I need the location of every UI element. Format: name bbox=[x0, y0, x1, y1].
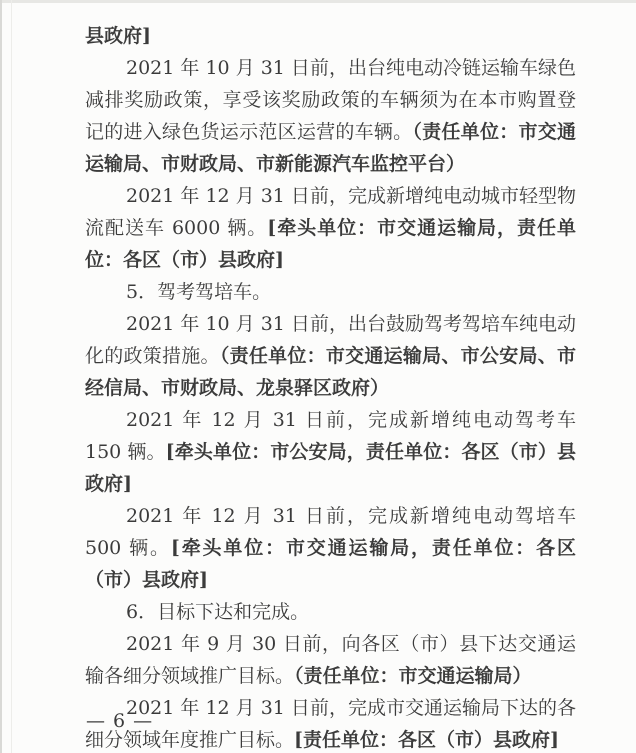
scan-edge-top bbox=[0, 0, 636, 3]
page-number: — 6 — bbox=[86, 710, 153, 732]
paragraph: 2021 年 12 月 31 日前，完成新增纯电动驾培车 500 辆。[牵头单位… bbox=[85, 500, 576, 596]
page-footer: — 6 — bbox=[86, 709, 153, 733]
paragraph: 2021 年 10 月 31 日前，出台纯电动冷链运输车绿色减排奖励政策，享受该… bbox=[85, 52, 576, 180]
document-page: 县政府]2021 年 10 月 31 日前，出台纯电动冷链运输车绿色减排奖励政策… bbox=[0, 0, 636, 753]
text-segment: 5．驾考驾培车。 bbox=[126, 281, 271, 303]
paragraph: 2021 年 9 月 30 日前，向各区（市）县下达交通运输各细分领域推广目标。… bbox=[85, 628, 576, 692]
paragraph: 6．目标下达和完成。 bbox=[85, 596, 576, 628]
paragraph: 2021 年 12 月 31 日前，完成新增纯电动城市轻型物流配送车 6000 … bbox=[85, 180, 576, 276]
responsible-unit-annotation: [责任单位：各区（市）县政府] bbox=[294, 729, 559, 751]
document-body: 县政府]2021 年 10 月 31 日前，出台纯电动冷链运输车绿色减排奖励政策… bbox=[85, 20, 576, 753]
scan-edge-left bbox=[0, 0, 2, 753]
scan-edge-left-inner bbox=[11, 0, 12, 753]
paragraph: 2021 年 10 月 31 日前，出台鼓励驾考驾培车纯电动化的政策措施。（责任… bbox=[85, 308, 576, 404]
paragraph: 县政府] bbox=[85, 20, 576, 52]
paragraph: 2021 年 12 月 31 日前，完成新增纯电动驾考车 150 辆。[牵头单位… bbox=[85, 404, 576, 500]
paragraph: 2021 年 12 月 31 日前，完成市交通运输局下达的各细分领域年度推广目标… bbox=[85, 692, 576, 753]
responsible-unit-annotation: （责任单位：市交通运输局） bbox=[294, 665, 532, 687]
responsible-unit-annotation: 县政府] bbox=[85, 25, 151, 47]
paragraph: 5．驾考驾培车。 bbox=[85, 276, 576, 308]
text-segment: 6．目标下达和完成。 bbox=[126, 601, 309, 623]
